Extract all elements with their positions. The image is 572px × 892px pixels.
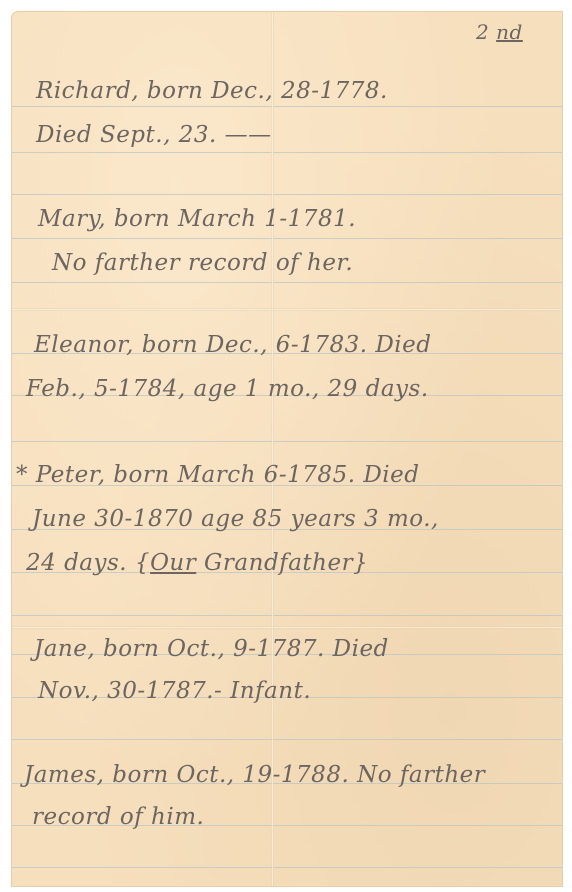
entry-jane-line-1: Jane, born Oct., 9-1787. Died	[34, 638, 389, 661]
asterisk-marker: *	[16, 462, 28, 488]
entry-mary-line-2: No farther record of her.	[52, 252, 353, 275]
horizontal-fold	[12, 626, 562, 629]
rule-line	[12, 867, 562, 868]
entry-eleanor-line-1: Eleanor, born Dec., 6-1783. Died	[34, 334, 431, 357]
entry-jane-line-2: Nov., 30-1787.- Infant.	[38, 680, 311, 703]
rule-line	[12, 615, 562, 616]
rule-line	[12, 441, 562, 442]
entry-james-line-1: James, born Oct., 19-1788. No farther	[24, 764, 485, 787]
page-suffix: nd	[496, 20, 523, 44]
entry-eleanor-line-2: Feb., 5-1784, age 1 mo., 29 days.	[26, 378, 429, 401]
horizontal-fold	[12, 308, 562, 311]
entry-peter-line-3: 24 days. {Our Grandfather}	[26, 552, 368, 575]
entry-peter-our: Our	[150, 550, 196, 576]
entry-peter-line-3-suffix: Grandfather}	[196, 550, 368, 576]
rule-line	[12, 739, 562, 740]
rule-line	[12, 194, 562, 195]
entry-peter-line-2: June 30-1870 age 85 years 3 mo.,	[32, 508, 439, 531]
entry-richard-line-2: Died Sept., 23. ——	[36, 124, 272, 147]
paper-sheet: 2 nd Richard, born Dec., 28-1778. Died S…	[12, 12, 562, 886]
entry-james-line-2: record of him.	[32, 806, 204, 829]
rule-line	[12, 282, 562, 283]
entry-peter-line-1: * Peter, born March 6-1785. Died	[16, 464, 419, 487]
entry-richard-line-1: Richard, born Dec., 28-1778.	[36, 80, 388, 103]
page-number: 2	[476, 20, 489, 44]
page-marker: 2 nd	[476, 22, 523, 42]
rule-line	[12, 238, 562, 239]
entry-peter-line-3-prefix: 24 days. {	[26, 550, 150, 576]
entry-peter-text-1: Peter, born March 6-1785. Died	[36, 462, 420, 488]
entry-mary-line-1: Mary, born March 1-1781.	[38, 208, 356, 231]
rule-line	[12, 152, 562, 153]
rule-line	[12, 106, 562, 107]
